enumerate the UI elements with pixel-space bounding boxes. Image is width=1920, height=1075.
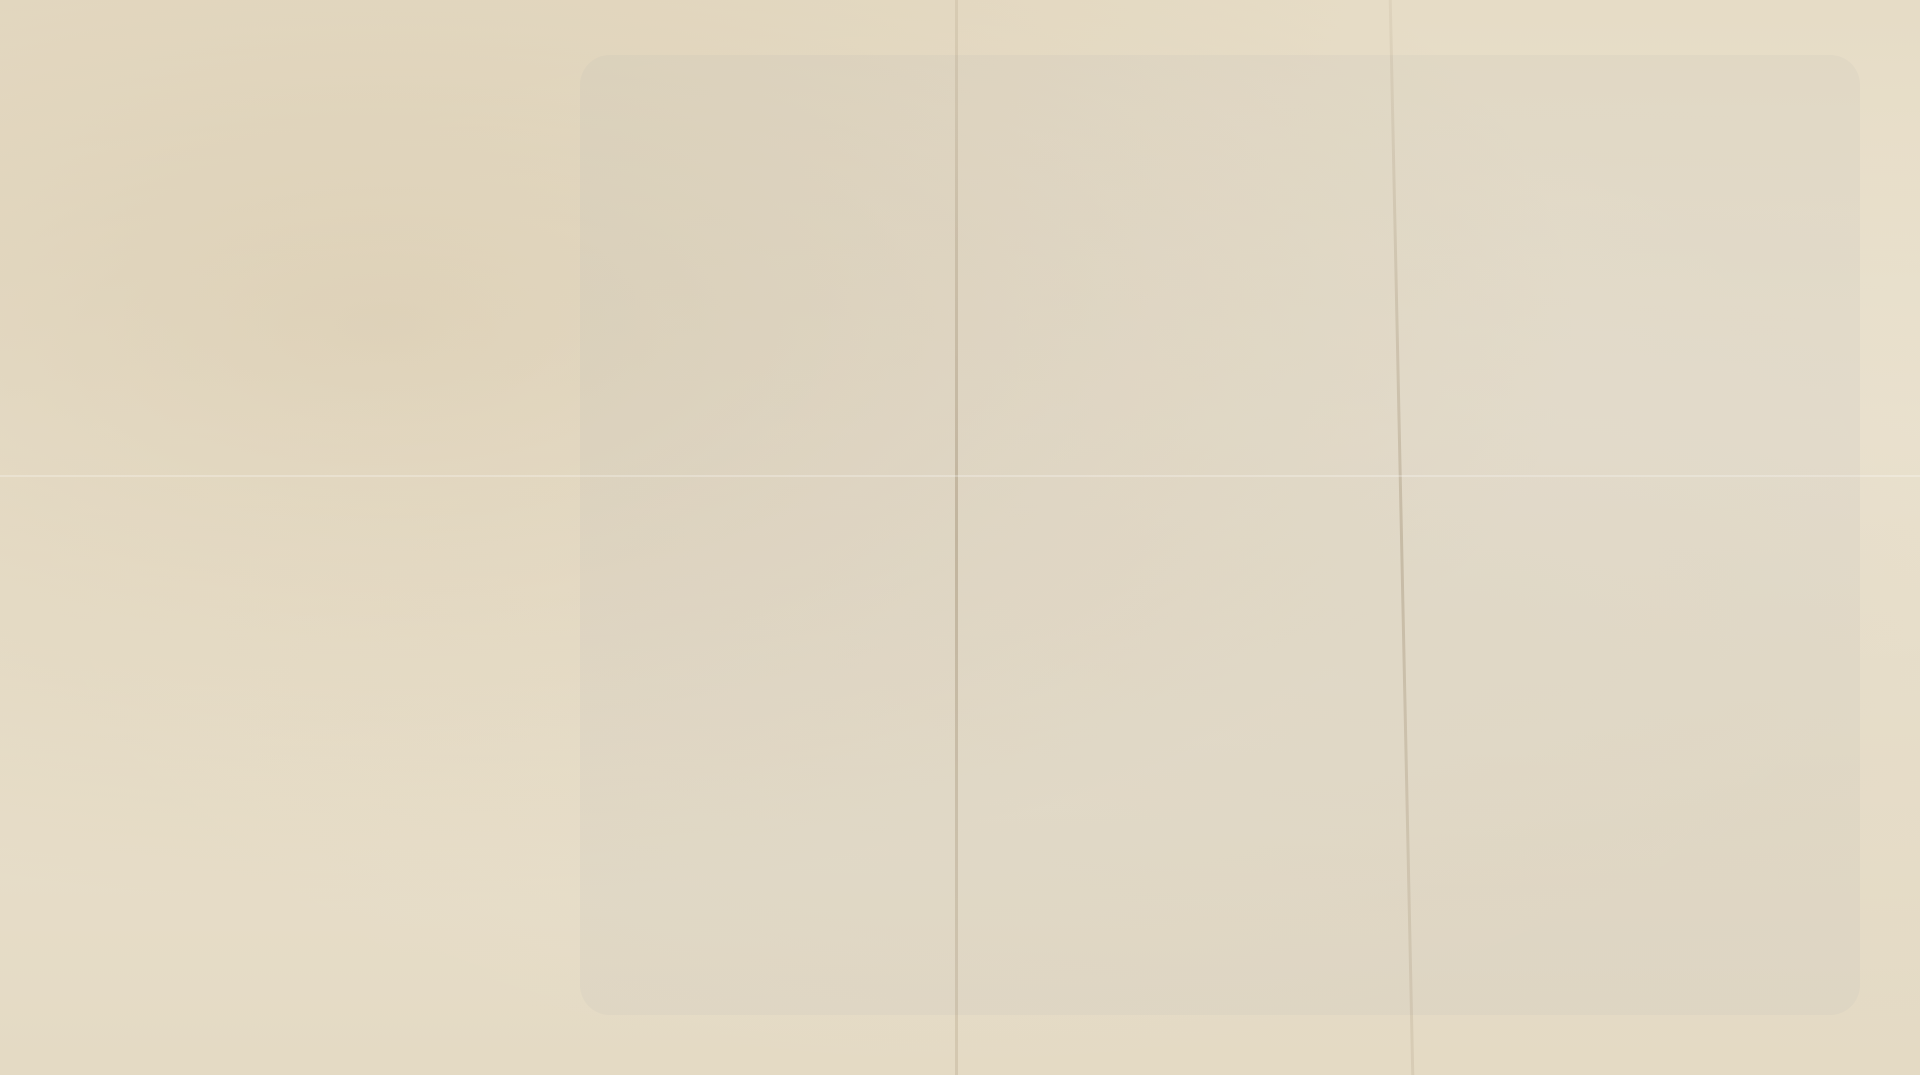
horizontal-crease-line: [0, 475, 1920, 477]
center-fold-line: [955, 0, 958, 1075]
aged-paper-background: [0, 0, 1920, 1075]
print-show-through: [580, 55, 1860, 1015]
